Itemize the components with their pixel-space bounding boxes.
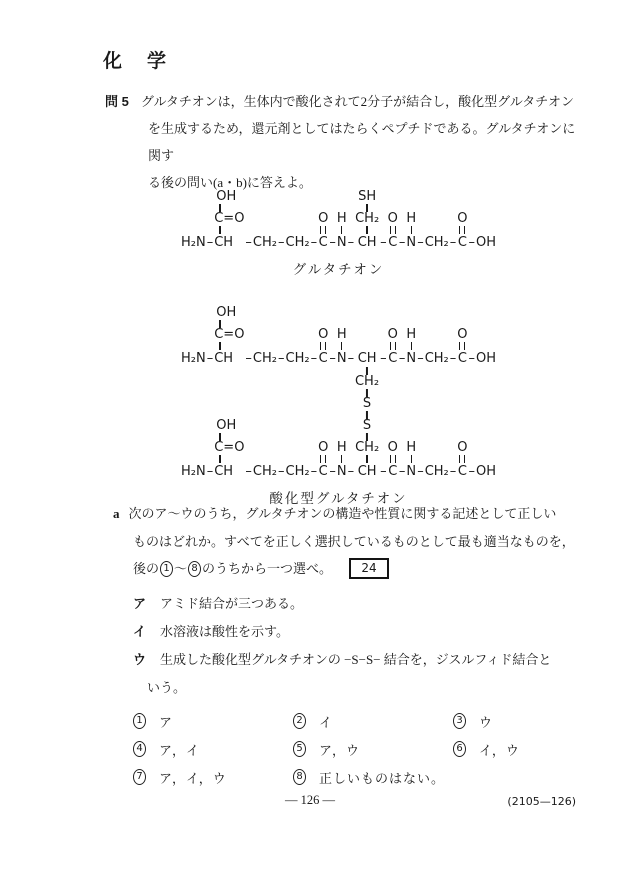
bond-label: – [398, 350, 407, 367]
bond-label: – [328, 350, 337, 367]
chain-unit: SHCH₂CH [355, 190, 379, 251]
atom-label: CH [214, 350, 233, 367]
statement-label: イ [133, 618, 160, 646]
bond-dash: – [468, 350, 477, 367]
circled-number-3-icon: 3 [453, 713, 466, 729]
double-bond [390, 455, 396, 463]
atom-label: CH₂ [286, 350, 310, 367]
atom-label: C [388, 350, 397, 367]
qa-line-1: a次のア〜ウのうち，グルタチオンの構造や性質に関する記述として正しい [113, 500, 583, 528]
single-bond [341, 455, 342, 463]
statement-text: いう。 [147, 674, 583, 702]
chain-unit: CH₂CH [355, 336, 379, 367]
bond-label: – [206, 234, 215, 251]
bond-dash: – [206, 350, 215, 367]
bond-label: – [398, 463, 407, 480]
choice-item: 1ア [133, 712, 293, 731]
chain-unit: HN [337, 328, 347, 367]
atom-label: CH₂ [425, 234, 449, 251]
bond-label: – [379, 350, 388, 367]
single-bond [219, 342, 220, 350]
choice-text: 正しいものはない。 [319, 768, 445, 787]
bond-label: – [416, 463, 425, 480]
atom-label: CH [358, 350, 377, 367]
atom-label: OH [216, 419, 236, 433]
double-bond [390, 342, 396, 350]
atom-label: N [406, 234, 416, 251]
atom-label: OH [476, 350, 496, 367]
choice-item: 6イ，ウ [453, 740, 520, 759]
qa-text-3-post: のうちから一つ選べ。 [202, 555, 332, 583]
single-bond [219, 455, 220, 463]
bond-dash: – [416, 463, 425, 480]
atom-label: H [337, 441, 347, 455]
bond-label: – [244, 234, 253, 251]
disulfide-bridge: CH₂SS [355, 367, 379, 441]
atom-label: H [337, 328, 347, 342]
document-code: (2105—126) [507, 795, 576, 808]
chain-unit: OHC=OCH [214, 419, 244, 480]
intro-line-2: を生成するため，還元剤としてはたらくペプチドである。グルタチオンに関す [148, 115, 580, 169]
structure-chain: H₂N–OHC=OCH–CH₂–CH₂–OC–HN–CH₂CH–OC–HN–CH… [181, 306, 496, 367]
chem-structure: H₂N–OHC=OCH–CH₂–CH₂–OC–HN–CH₂CH–OC–HN–CH… [181, 306, 496, 507]
chain-unit: OC [388, 212, 398, 251]
atom-label: C [319, 350, 328, 367]
bond-label: – [310, 463, 319, 480]
bond-label: – [347, 234, 356, 251]
bond-label: – [449, 350, 458, 367]
bond-dash: – [310, 350, 319, 367]
atom-label: H₂N [181, 350, 206, 367]
statement-line: アアミド結合が三つある。 [133, 590, 583, 618]
atom-label: O [318, 212, 328, 226]
atom-label: O [388, 441, 398, 455]
atom-label: H₂N [181, 463, 206, 480]
choice-text: イ，ウ [479, 740, 520, 759]
atom-label: H [406, 212, 416, 226]
chain-unit: OHC=OCH [214, 306, 244, 367]
bond-dash: – [206, 463, 215, 480]
question-number-label: 問 5 [105, 94, 129, 109]
atom-label: CH₂ [355, 212, 379, 226]
bond-label: – [277, 463, 286, 480]
atom-label: CH₂ [355, 441, 379, 455]
bond-dash: – [206, 234, 215, 251]
choice-item: 4ア，イ [133, 740, 293, 759]
chain-unit: CH₂ [286, 234, 310, 251]
atom-label: N [337, 463, 347, 480]
bond-dash: – [468, 234, 477, 251]
bond-dash: – [379, 234, 388, 251]
bond-dash: – [328, 463, 337, 480]
atom-label: C [458, 350, 467, 367]
atom-label: C [319, 463, 328, 480]
bond-dash: – [379, 350, 388, 367]
circled-number-4-icon: 4 [133, 741, 146, 757]
atom-label: C [388, 234, 397, 251]
choice-text: ウ [479, 712, 493, 731]
answer-number-box: 24 [349, 558, 389, 579]
intro-text-1: グルタチオンは，生体内で酸化されて2分子が結合し，酸化型グルタチオン [141, 94, 574, 109]
chain-unit: OC [457, 441, 467, 480]
double-bond [320, 342, 326, 350]
bond-label: – [449, 463, 458, 480]
chain-unit: OH [476, 463, 496, 480]
statement-label: ア [133, 590, 160, 618]
statement-item: ウ生成した酸化型グルタチオンの −S−S− 結合を，ジスルフィド結合という。 [133, 646, 583, 702]
single-bond [366, 226, 367, 234]
atom-label: CH [358, 234, 377, 251]
choice-text: ア，ウ [319, 740, 360, 759]
choice-item: 5ア，ウ [293, 740, 453, 759]
single-bond [366, 433, 367, 441]
atom-label: CH [214, 234, 233, 251]
atom-label: CH [214, 463, 233, 480]
atom-label: C=O [214, 212, 244, 226]
bond-label: – [328, 463, 337, 480]
chain-unit: CH₂ [253, 234, 277, 251]
bond-dash: – [449, 463, 458, 480]
choice-item: 7ア，イ，ウ [133, 768, 293, 787]
double-bond [390, 226, 396, 234]
chain-unit: OC [388, 328, 398, 367]
choice-item: 2イ [293, 712, 453, 731]
bond-dash: – [398, 350, 407, 367]
bond-label: – [379, 463, 388, 480]
choice-text: ア [159, 712, 173, 731]
chain-unit: HN [337, 212, 347, 251]
bond-dash: – [244, 463, 253, 480]
double-bond [459, 342, 465, 350]
bond-dash: – [244, 350, 253, 367]
chain-unit: CH₂ [425, 234, 449, 251]
single-bond [366, 455, 367, 463]
bond-dash: – [277, 463, 286, 480]
double-bond [320, 455, 326, 463]
chain-unit: CH₂ [286, 350, 310, 367]
bond-label: – [310, 234, 319, 251]
statement-item: アアミド結合が三つある。 [133, 590, 583, 618]
chain-unit: OC [318, 328, 328, 367]
chain-unit: CH₂ [425, 350, 449, 367]
chain-unit: OC [457, 212, 467, 251]
single-bond [411, 342, 412, 350]
bond-label: – [310, 350, 319, 367]
chain-unit: CH₂ [253, 463, 277, 480]
bond-dash: – [398, 234, 407, 251]
chain-unit: OHC=OCH [214, 190, 244, 251]
statement-text: 水溶液は酸性を示す。 [160, 624, 289, 639]
single-bond [341, 342, 342, 350]
statements-list: アアミド結合が三つある。イ水溶液は酸性を示す。ウ生成した酸化型グルタチオンの −… [133, 590, 583, 702]
atom-label: OH [476, 463, 496, 480]
statement-line: イ水溶液は酸性を示す。 [133, 618, 583, 646]
atom-label: O [457, 328, 467, 342]
bond-label: – [416, 234, 425, 251]
bond-label: – [347, 350, 356, 367]
atom-label: O [318, 328, 328, 342]
bond-label: – [206, 350, 215, 367]
atom-label: S [363, 397, 371, 411]
bond-dash: – [379, 463, 388, 480]
atom-label: CH₂ [253, 463, 277, 480]
atom-label: CH₂ [425, 350, 449, 367]
bond-label: – [328, 234, 337, 251]
choice-item: 3ウ [453, 712, 520, 731]
circled-number-8-icon: 8 [188, 561, 201, 577]
circled-number-5-icon: 5 [293, 741, 306, 757]
circled-number-1-icon: 1 [160, 561, 173, 577]
bond-dash: – [244, 234, 253, 251]
atom-label: O [457, 212, 467, 226]
bond-dash: – [468, 463, 477, 480]
atom-label: N [406, 463, 416, 480]
bond-dash: – [328, 350, 337, 367]
statement-label: ウ [133, 646, 160, 674]
atom-label: H₂N [181, 234, 206, 251]
atom-label: C [319, 234, 328, 251]
qa-text-1: 次のア〜ウのうち，グルタチオンの構造や性質に関する記述として正しい [129, 506, 557, 521]
atom-label: CH₂ [355, 375, 379, 389]
bond-label: – [398, 234, 407, 251]
sub-question-label: a [113, 506, 120, 521]
bond-dash: – [347, 234, 356, 251]
intro-line-1: 問 5グルタチオンは，生体内で酸化されて2分子が結合し，酸化型グルタチオン [105, 88, 580, 115]
choice-item: 8正しいものはない。 [293, 768, 453, 787]
bond-dash: – [449, 350, 458, 367]
single-bond [341, 226, 342, 234]
chain-unit: OC [388, 441, 398, 480]
bond-label: – [206, 463, 215, 480]
atom-label: C=O [214, 441, 244, 455]
bond-dash: – [277, 234, 286, 251]
qa-tilde: 〜 [174, 555, 187, 583]
chain-unit: OH [476, 234, 496, 251]
atom-label: N [337, 350, 347, 367]
atom-label: C [458, 234, 467, 251]
bond-dash: – [310, 463, 319, 480]
chain-unit: HN [337, 441, 347, 480]
bond-dash: – [398, 463, 407, 480]
atom-label: C [458, 463, 467, 480]
qa-line-3: 後の 1 〜 8 のうちから一つ選べ。 24 [133, 555, 583, 583]
chain-unit: OC [318, 441, 328, 480]
bond-label: – [277, 350, 286, 367]
atom-label: CH₂ [425, 463, 449, 480]
sub-question-a: a次のア〜ウのうち，グルタチオンの構造や性質に関する記述として正しい ものはどれ… [113, 500, 583, 583]
statement-item: イ水溶液は酸性を示す。 [133, 618, 583, 646]
atom-label: O [388, 212, 398, 226]
chain-unit: HN [406, 212, 416, 251]
atom-label: OH [216, 306, 236, 320]
chain-unit: CH₂ [425, 463, 449, 480]
bond-dash: – [310, 234, 319, 251]
double-bond [459, 226, 465, 234]
single-bond [411, 226, 412, 234]
structure-caption: グルタチオン [181, 258, 496, 278]
atom-label: CH₂ [253, 234, 277, 251]
qa-text-3-pre: 後の [133, 555, 159, 583]
choice-text: ア，イ，ウ [159, 768, 227, 787]
atom-label: C=O [214, 328, 244, 342]
circled-number-7-icon: 7 [133, 769, 146, 785]
bond-dash: – [449, 234, 458, 251]
bond-label: – [379, 234, 388, 251]
chain-unit: H₂N [181, 234, 206, 251]
atom-label: H [406, 441, 416, 455]
atom-label: O [318, 441, 328, 455]
exam-page: 化 学 問 5グルタチオンは，生体内で酸化されて2分子が結合し，酸化型グルタチオ… [0, 0, 620, 876]
chain-unit: OC [457, 328, 467, 367]
atom-label: H [337, 212, 347, 226]
chain-unit: HN [406, 441, 416, 480]
double-bond [459, 455, 465, 463]
bond-label: – [244, 350, 253, 367]
bond-dash: – [347, 463, 356, 480]
bond-label: – [347, 463, 356, 480]
atom-label: CH₂ [253, 350, 277, 367]
atom-label: S [363, 419, 371, 433]
structure-chain: H₂N–OHC=OCH–CH₂–CH₂–OC–HN–SHCH₂CH–OC–HN–… [181, 190, 496, 251]
statement-text: アミド結合が三つある。 [160, 596, 303, 611]
bond-label: – [468, 350, 477, 367]
bond-dash: – [416, 350, 425, 367]
chain-unit: H₂N [181, 350, 206, 367]
answer-choices: 1ア2イ3ウ4ア，イ5ア，ウ6イ，ウ7ア，イ，ウ8正しいものはない。 [133, 707, 520, 791]
atom-label: N [337, 234, 347, 251]
double-bond [320, 226, 326, 234]
chain-unit: CH₂ [286, 463, 310, 480]
circled-number-8-icon: 8 [293, 769, 306, 785]
bond-label: – [468, 234, 477, 251]
bond-label: – [277, 234, 286, 251]
chain-unit: HN [406, 328, 416, 367]
atom-label: CH [358, 463, 377, 480]
atom-label: H [406, 328, 416, 342]
page-title: 化 学 [103, 46, 169, 73]
single-bond [219, 226, 220, 234]
chemical-structures: H₂N–OHC=OCH–CH₂–CH₂–OC–HN–SHCH₂CH–OC–HN–… [0, 176, 620, 507]
atom-label: CH₂ [286, 463, 310, 480]
atom-label: N [406, 350, 416, 367]
bond-label: – [244, 463, 253, 480]
statement-line: ウ生成した酸化型グルタチオンの −S−S− 結合を，ジスルフィド結合と [133, 646, 583, 674]
structure-chain: H₂N–OHC=OCH–CH₂–CH₂–OC–HN–CH₂CH–OC–HN–CH… [181, 419, 496, 480]
chain-unit: CH₂CH [355, 441, 379, 480]
choice-text: ア，イ [159, 740, 200, 759]
chem-structure: H₂N–OHC=OCH–CH₂–CH₂–OC–HN–SHCH₂CH–OC–HN–… [181, 190, 496, 278]
atom-label: CH₂ [286, 234, 310, 251]
chain-unit: CH₂ [253, 350, 277, 367]
circled-number-6-icon: 6 [453, 741, 466, 757]
bond-label: – [468, 463, 477, 480]
atom-label: OH [216, 190, 236, 204]
bond-label: – [416, 350, 425, 367]
chain-unit: OC [318, 212, 328, 251]
chain-unit: H₂N [181, 463, 206, 480]
chain-unit: OH [476, 350, 496, 367]
circled-number-1-icon: 1 [133, 713, 146, 729]
bond-dash: – [277, 350, 286, 367]
atom-label: OH [476, 234, 496, 251]
bond-label: – [449, 234, 458, 251]
bond-dash: – [328, 234, 337, 251]
atom-label: SH [358, 190, 376, 204]
bond-dash: – [347, 350, 356, 367]
atom-label: O [457, 441, 467, 455]
atom-label: O [388, 328, 398, 342]
single-bond [411, 455, 412, 463]
qa-line-2: ものはどれか。すべてを正しく選択しているものとして最も適当なものを， [133, 528, 583, 556]
choice-text: イ [319, 712, 333, 731]
circled-number-2-icon: 2 [293, 713, 306, 729]
statement-text: 生成した酸化型グルタチオンの −S−S− 結合を，ジスルフィド結合と [160, 652, 551, 667]
bond-dash: – [416, 234, 425, 251]
atom-label: C [388, 463, 397, 480]
